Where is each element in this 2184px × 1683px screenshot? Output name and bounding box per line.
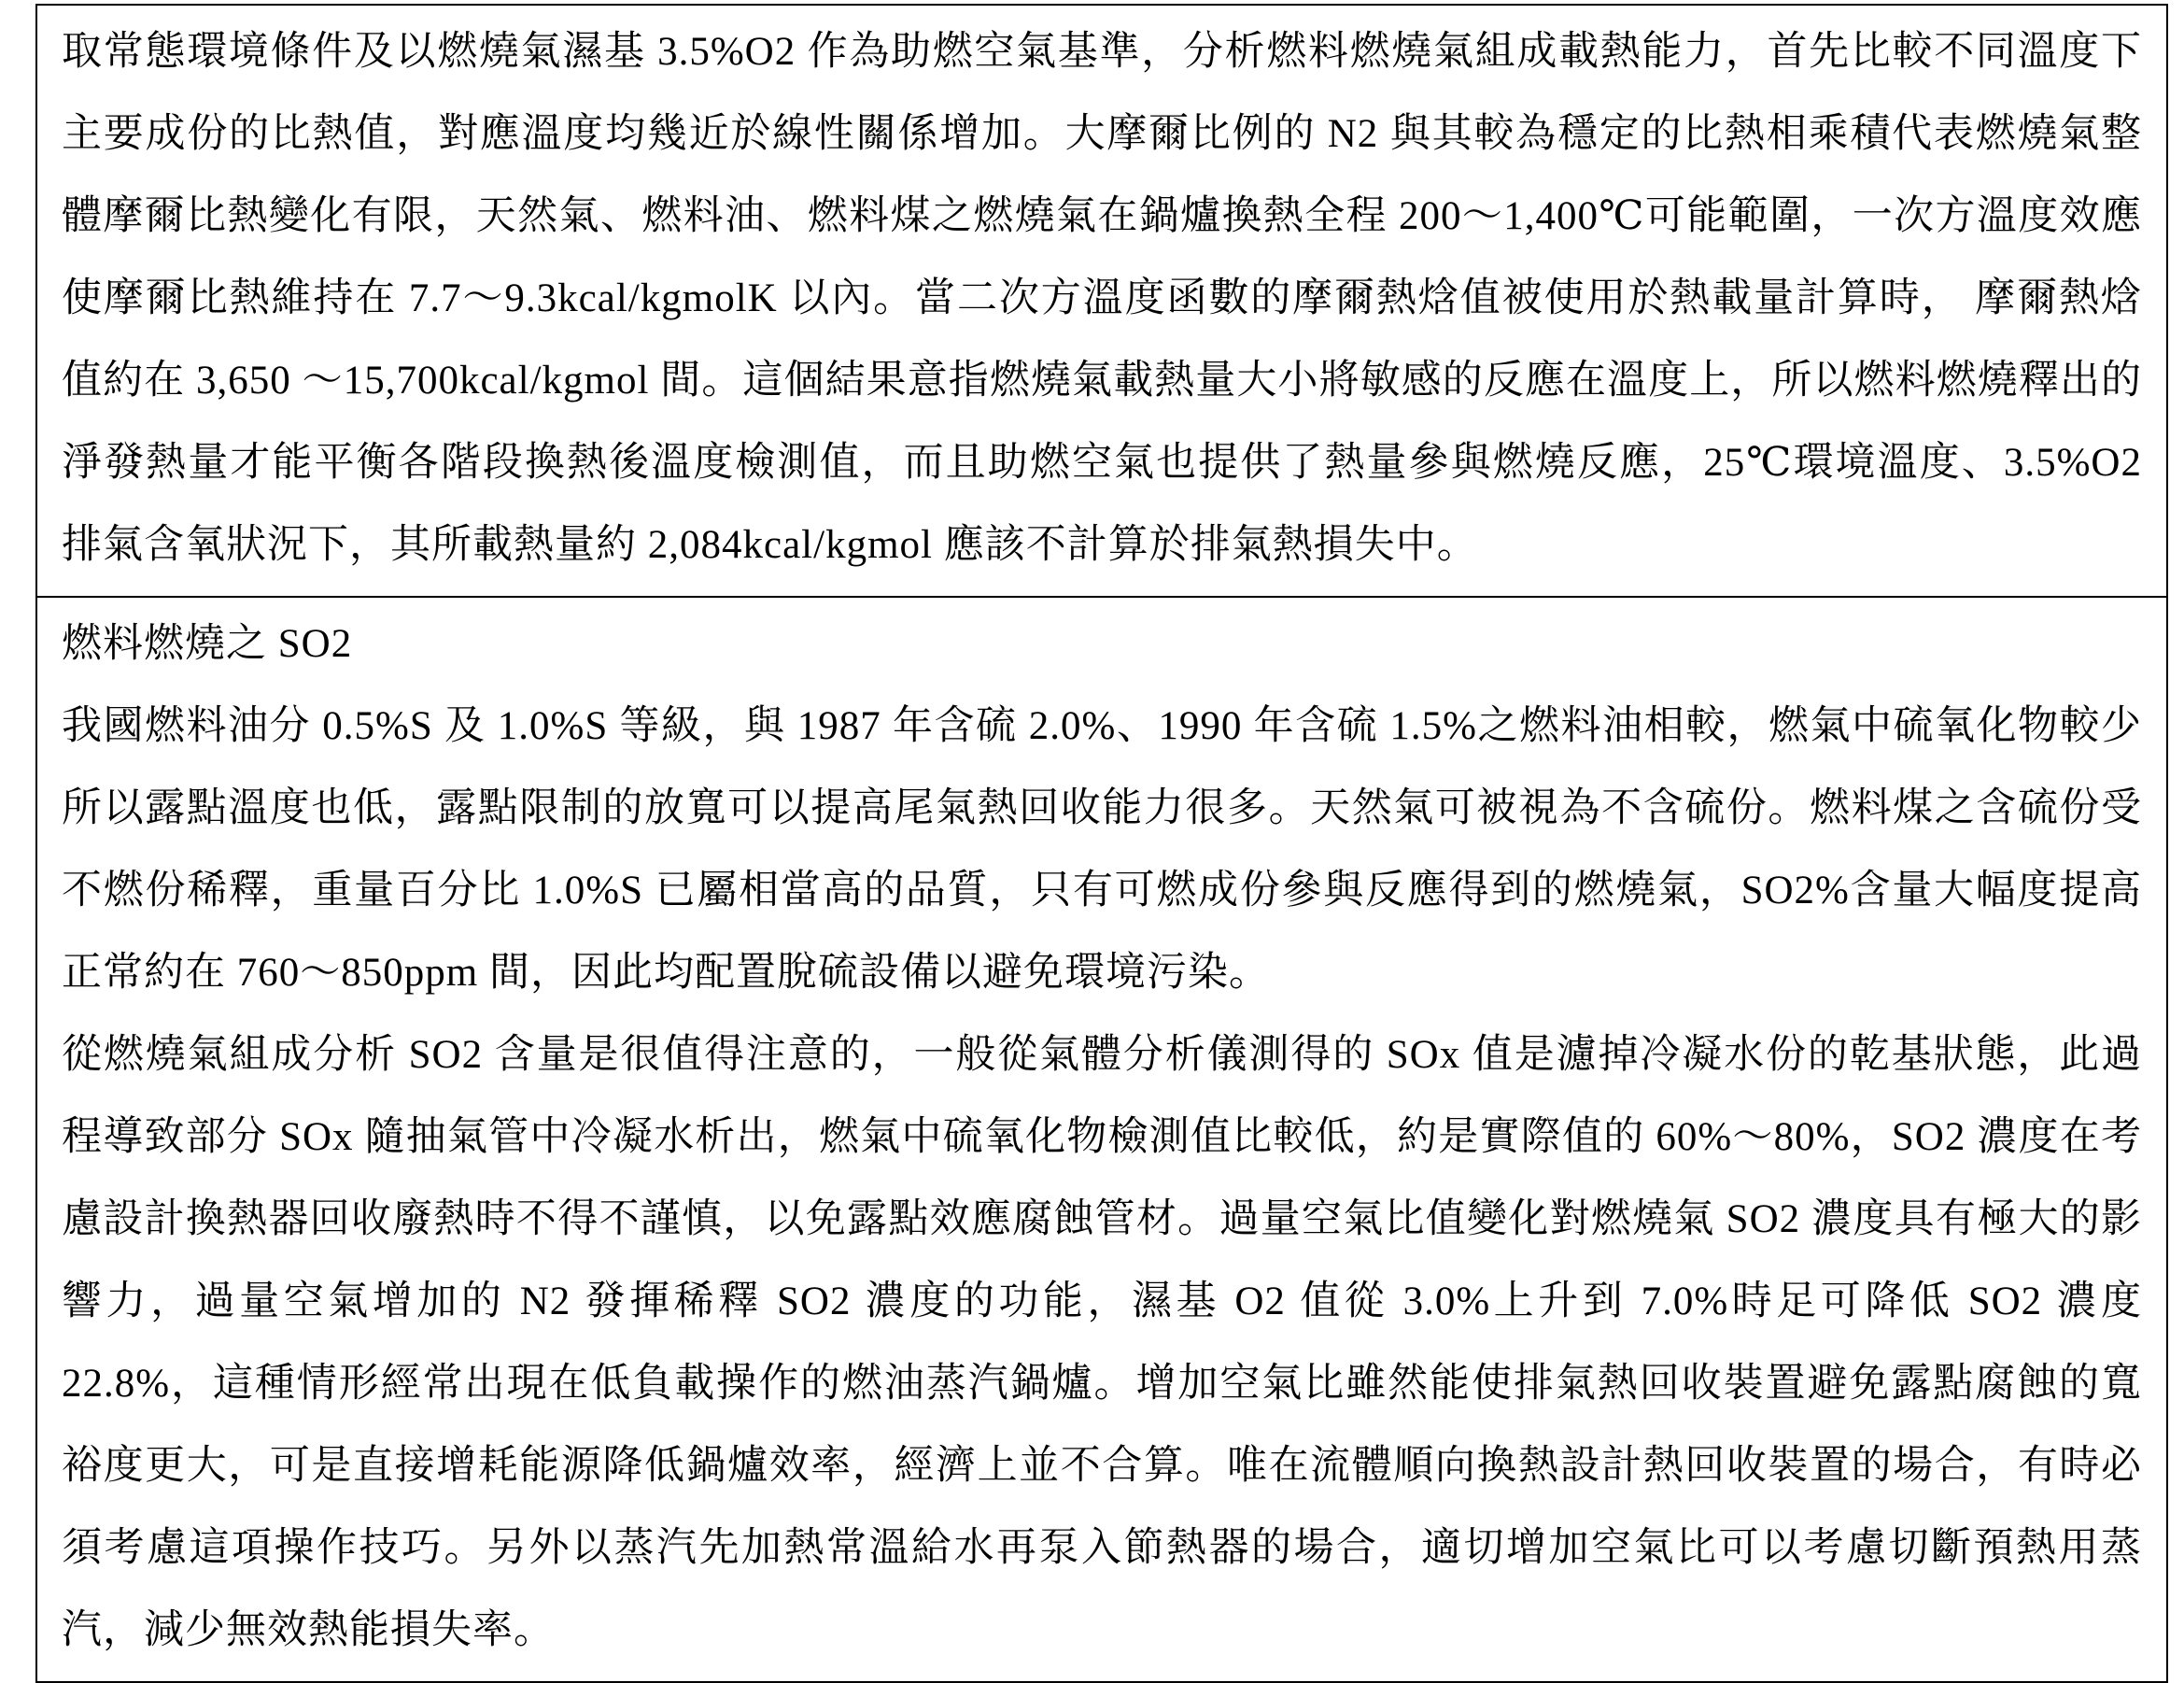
paragraph-so2-measurement-and-excess-air: 從燃燒氣組成分析 SO2 含量是很值得注意的，一般從氣體分析儀測得的 SOx 值…	[62, 1014, 2142, 1672]
paragraph-fuel-sulfur-grades: 我國燃料油分 0.5%S 及 1.0%S 等級，與 1987 年含硫 2.0%、…	[62, 686, 2142, 1014]
paragraph-flue-gas-heat-capacity: 取常態環境條件及以燃燒氣濕基 3.5%O2 作為助燃空氣基準，分析燃料燃燒氣組成…	[62, 11, 2142, 587]
section-heading-fuel-combustion-so2: 燃料燃燒之 SO2	[62, 603, 2142, 686]
table-row-heat-capacity: 取常態環境條件及以燃燒氣濕基 3.5%O2 作為助燃空氣基準，分析燃料燃燒氣組成…	[37, 6, 2166, 598]
table-row-so2: 燃料燃燒之 SO2 我國燃料油分 0.5%S 及 1.0%S 等級，與 1987…	[37, 598, 2166, 1681]
document-table: 取常態環境條件及以燃燒氣濕基 3.5%O2 作為助燃空氣基準，分析燃料燃燒氣組成…	[35, 4, 2168, 1683]
